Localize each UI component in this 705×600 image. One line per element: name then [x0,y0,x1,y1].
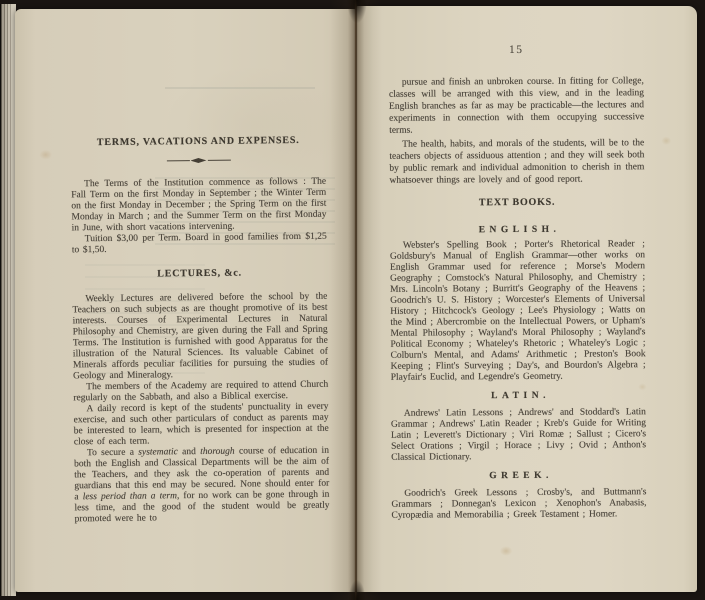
paragraph-health: The health, habits, and morals of the st… [389,137,644,187]
divider-line-left [166,160,189,161]
paragraph-terms: The Terms of the Institution commence as… [71,177,327,235]
divider-diamond-icon [190,158,206,163]
booklist-latin: Andrews' Latin Lessons ; Andrews' and St… [391,407,646,464]
paragraph-church: The members of the Academy are required … [73,380,328,405]
paragraph-record: A daily record is kept of the students' … [73,402,328,449]
paragraph-tuition: Tuition $3,00 per Term. Board in good fa… [72,232,327,257]
paragraph-lectures: Weekly Lectures are delivered before the… [72,292,328,383]
right-page-text-column: 15 pursue and finish an unbroken course.… [388,5,646,522]
book-gutter [330,0,382,600]
book-spread: TERMS, VACATIONS AND EXPENSES. The Terms… [0,0,705,600]
divider-ornament [166,157,230,165]
page-number: 15 [389,43,644,57]
section-heading-textbooks: TEXT BOOKS. [390,196,645,209]
paragraph-pursue: pursue and finish an unbroken course. In… [389,75,644,137]
section-heading-english: ENGLISH. [390,224,645,236]
section-heading-terms: TERMS, VACATIONS AND EXPENSES. [71,135,326,149]
left-page: TERMS, VACATIONS AND EXPENSES. The Terms… [15,9,356,592]
section-heading-latin: LATIN. [391,390,646,402]
paragraph-secure-italic: systematic [138,447,178,457]
section-heading-greek: GREEK. [391,470,646,482]
paragraph-secure-part: and [178,447,200,457]
book-gutter-top-shadow [344,0,370,30]
paragraph-secure-part: To secure a [87,448,138,459]
paragraph-secure-italic: thorough [200,447,235,457]
left-page-text-column: TERMS, VACATIONS AND EXPENSES. The Terms… [69,8,329,526]
page-edge-stack [0,4,16,596]
paragraph-secure-italic: less period than a term [83,491,177,502]
divider-line-right [207,160,230,161]
right-page: 15 pursue and finish an unbroken course.… [356,6,697,592]
booklist-english: Webster's Spelling Book ; Porter's Rheto… [390,239,646,384]
booklist-greek: Goodrich's Greek Lessons ; Crosby's, and… [391,487,646,522]
section-heading-lectures: LECTURES, &c. [72,267,327,281]
paragraph-secure: To secure a systematic and thorough cour… [74,446,330,526]
book-gutter-bottom-shadow [346,574,368,600]
